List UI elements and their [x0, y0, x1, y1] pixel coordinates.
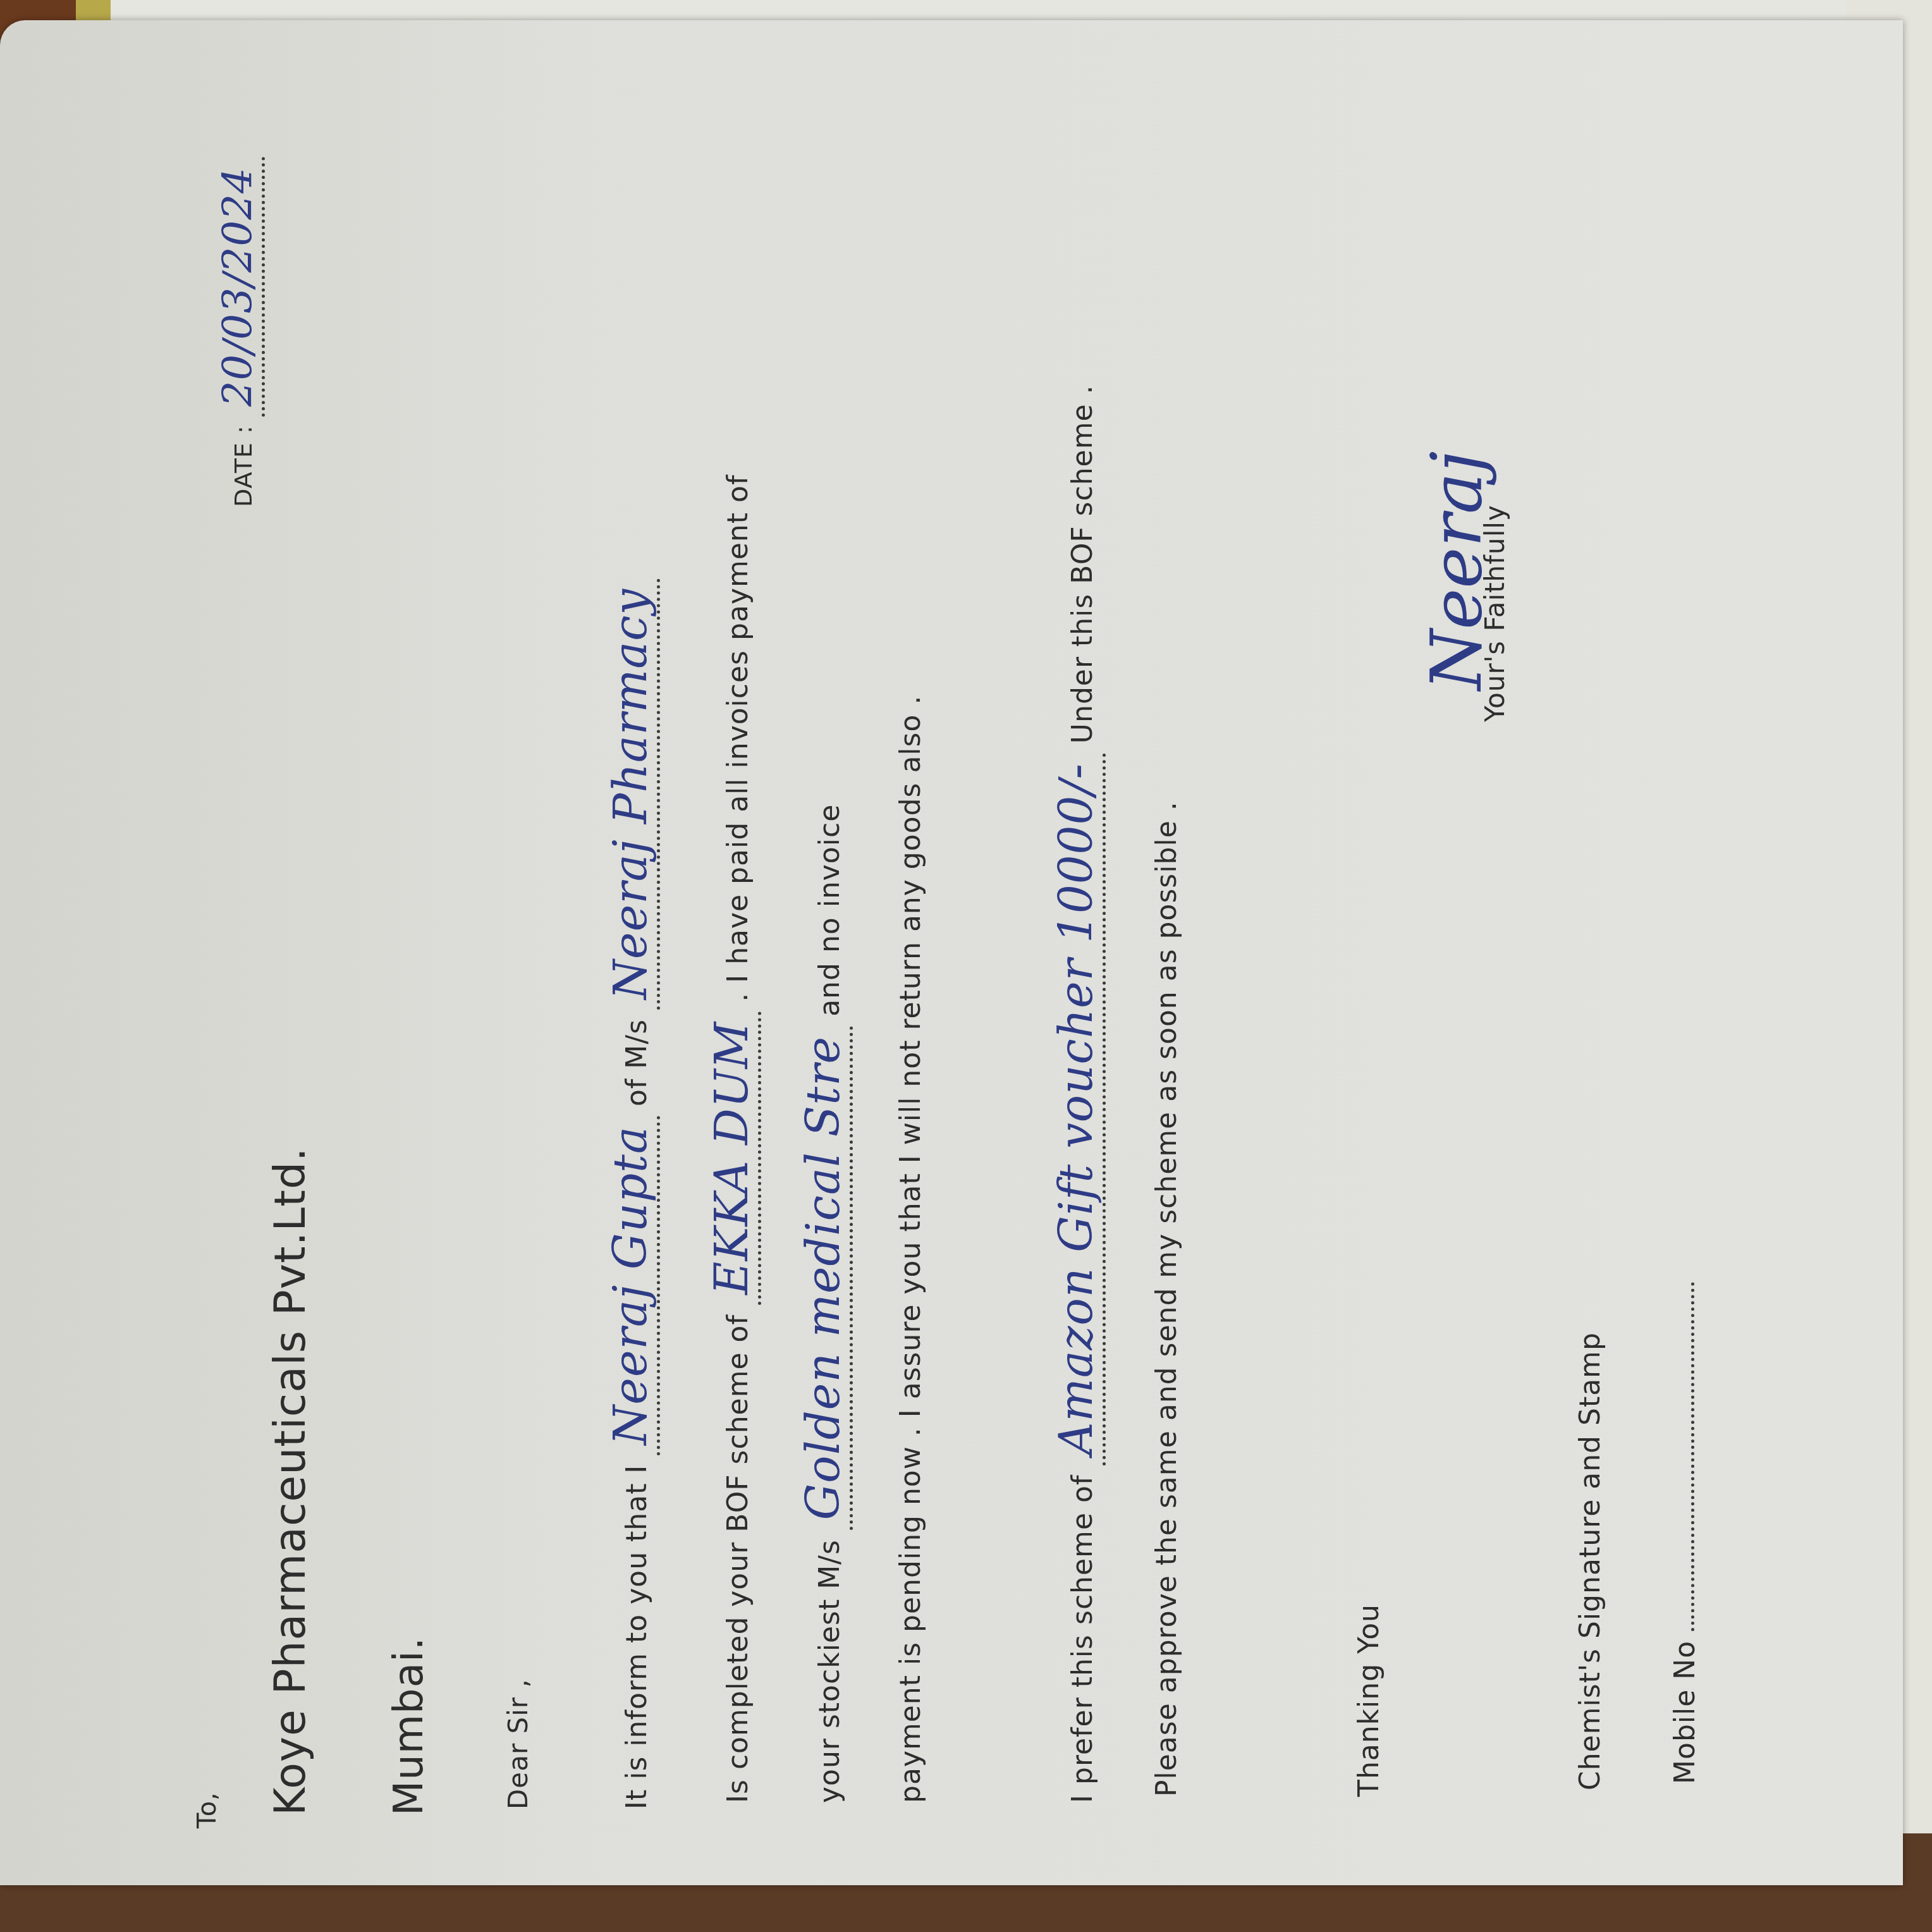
body-text: Is completed your BOF scheme of — [722, 1314, 754, 1803]
date-value: 20/03/2024 — [215, 157, 265, 417]
body-line-5: I prefer this scheme of Amazon Gift vouc… — [1049, 384, 1106, 1803]
mobile-label: Mobile No — [1669, 1641, 1701, 1784]
chemist-name-field: Neeraj Gupta — [604, 1116, 660, 1455]
mobile-blank — [1691, 1282, 1694, 1631]
body-text: your stockiest M/s — [814, 1539, 846, 1803]
recipient-city: Mumbai. — [386, 1637, 432, 1816]
date-field: DATE : 20/03/2024 — [215, 157, 265, 507]
mobile-field: Mobile No — [1669, 1282, 1701, 1784]
chemist-signature-label: Chemist's Signature and Stamp — [1574, 1332, 1606, 1790]
body-line-3: your stockiest M/s Golden medical Stre a… — [797, 804, 853, 1803]
body-text: . I have paid all invoices payment of — [722, 475, 754, 1002]
firm-name-field: Neeraj Pharmacy — [604, 578, 660, 1010]
body-line-2: Is completed your BOF scheme of EKKA DUM… — [705, 475, 761, 1803]
scheme-product-field: EKKA DUM — [705, 1012, 761, 1305]
letter-content: To, Koye Pharmaceuticals Pvt.Ltd. Mumbai… — [139, 102, 1903, 1873]
body-line-4: payment is pending now . I assure you th… — [895, 695, 927, 1803]
yours-faithfully: Your's Faithfully — [1479, 504, 1510, 722]
stockist-field: Golden medical Stre — [797, 1026, 853, 1530]
closing-thanks: Thanking You — [1353, 1604, 1385, 1797]
salutation: Dear Sir , — [503, 1678, 534, 1809]
to-label: To, — [193, 1792, 222, 1828]
body-text: Under this BOF scheme . — [1067, 384, 1099, 743]
body-text: It is inform to you that I — [621, 1465, 653, 1809]
body-text: of M/s — [621, 1019, 653, 1106]
body-text: and no invoice — [814, 804, 846, 1017]
body-line-6: Please approve the same and send my sche… — [1151, 801, 1183, 1797]
date-label: DATE : — [229, 425, 257, 507]
preferred-scheme-field: Amazon Gift voucher 10000/- — [1049, 753, 1106, 1465]
body-line-1: It is inform to you that I Neeraj Gupta … — [604, 578, 660, 1809]
recipient-company: Koye Pharmaceuticals Pvt.Ltd. — [266, 1147, 315, 1816]
body-text: I prefer this scheme of — [1067, 1475, 1099, 1803]
letter-sheet: To, Koye Pharmaceuticals Pvt.Ltd. Mumbai… — [0, 20, 1903, 1885]
